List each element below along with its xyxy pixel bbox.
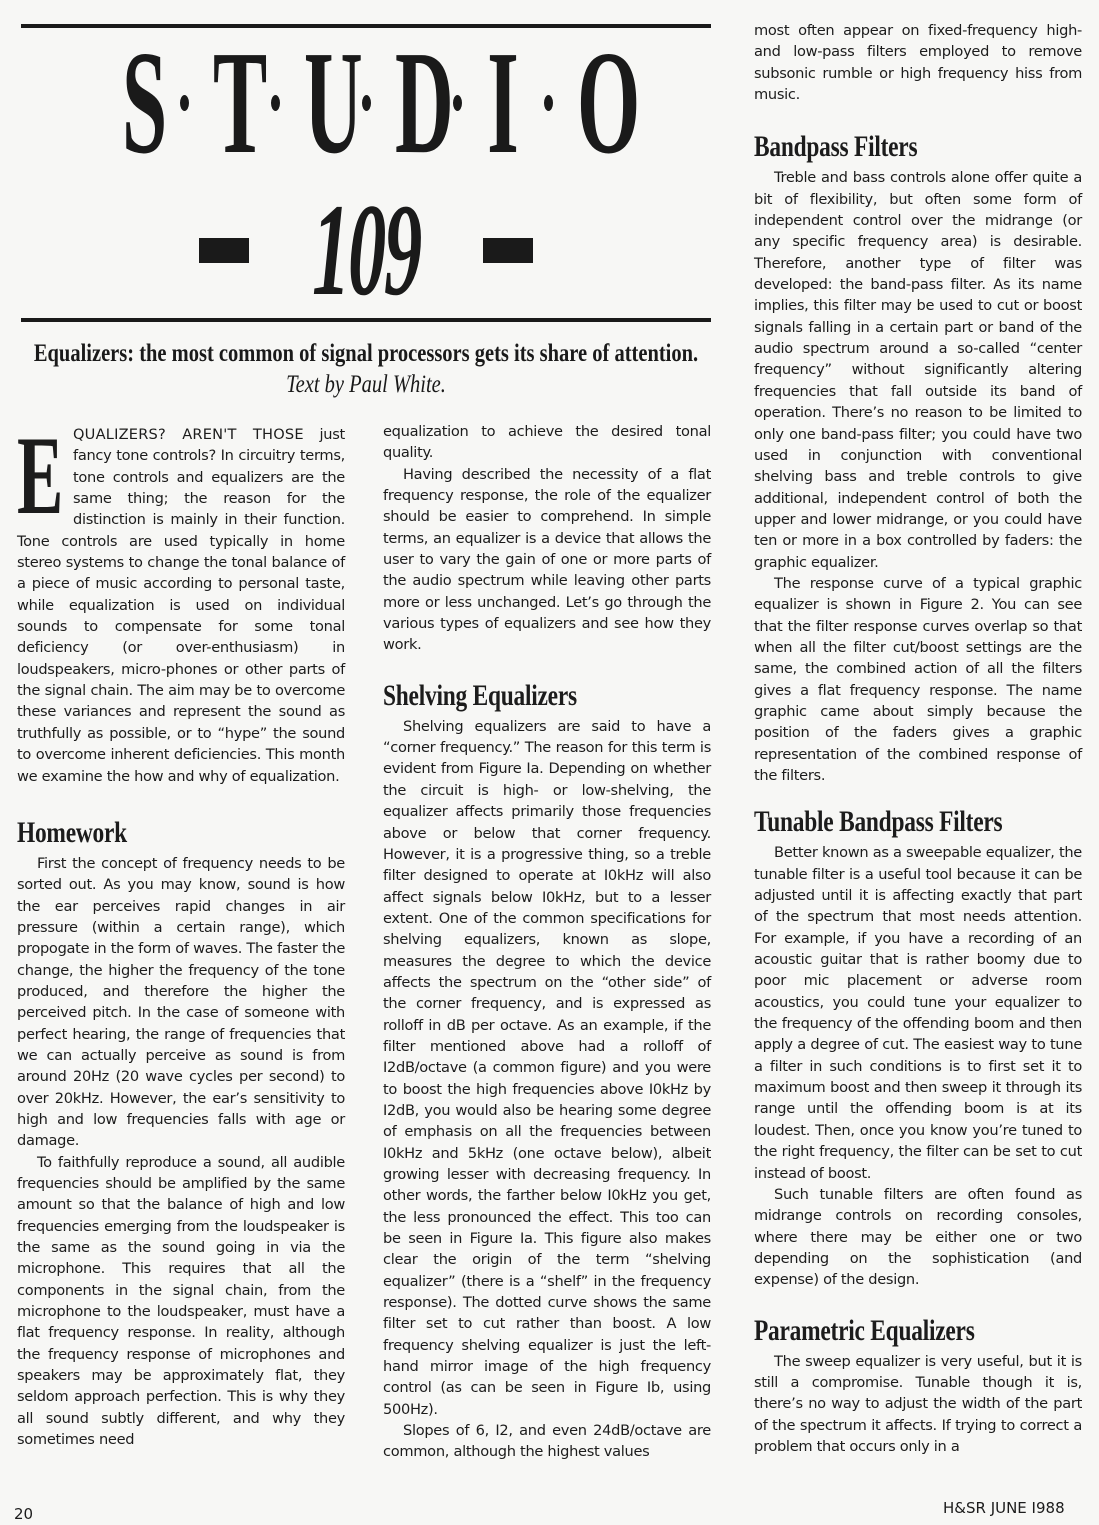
dash-bar-icon [483,238,533,263]
issue-number: 109 [312,184,420,316]
separator-dot-icon [180,95,189,111]
column-1: EQUALIZERS? AREN'T THOSE just fancy tone… [17,424,345,1450]
paragraph: equalization to achieve the desired tona… [383,421,711,464]
masthead-letter: U [303,29,337,177]
column-2: equalization to achieve the desired tona… [383,421,711,1463]
paragraph: Shelving equalizers are said to have a “… [383,716,711,1420]
separator-dot-icon [362,95,371,111]
heading-bandpass-filters: Bandpass Filters [754,127,1010,167]
paragraph: Better known as a sweepable equalizer, t… [754,842,1082,1184]
byline: Text by Paul White. [286,371,446,398]
issue-number-block: 109 [21,190,711,310]
heading-shelving-equalizers: Shelving Equalizers [383,676,639,716]
paragraph: most often appear on fixed-frequency hig… [754,20,1082,105]
masthead-letter: I [485,29,519,177]
masthead-letter: D [394,29,428,177]
bottom-rule [21,318,711,322]
lead-caps: QUALIZERS? AREN'T THOSE [73,426,304,443]
article-deck: Equalizers: the most common of signal pr… [21,338,711,400]
heading-homework: Homework [17,813,273,853]
paragraph: Having described the necessity of a flat… [383,464,711,656]
separator-dot-icon [544,95,553,111]
paragraph: First the concept of frequency needs to … [17,853,345,1152]
paragraph: The response curve of a typical graphic … [754,573,1082,786]
intro-text: just fancy tone controls? In circuitry t… [17,426,345,785]
issue-line: H&SR JUNE I988 [943,1499,1065,1517]
drop-cap: E [17,430,47,530]
heading-parametric-equalizers: Parametric Equalizers [754,1311,1010,1351]
masthead-letter: S [121,29,155,177]
paragraph: Treble and bass controls alone offer qui… [754,167,1082,573]
paragraph: Such tunable filters are often found as … [754,1184,1082,1291]
page-number: 20 [14,1505,33,1523]
heading-tunable-bandpass-filters: Tunable Bandpass Filters [754,802,1010,842]
masthead-letter: T [212,29,246,177]
masthead-letter: O [576,29,610,177]
separator-dot-icon [453,95,462,111]
paragraph: The sweep equalizer is very useful, but … [754,1351,1082,1458]
masthead-studio: S T U D I O [21,38,711,168]
column-3: most often appear on fixed-frequency hig… [754,20,1082,1457]
deck-headline: Equalizers: the most common of signal pr… [34,340,698,367]
dash-bar-icon [199,238,249,263]
paragraph: Slopes of 6, I2, and even 24dB/octave ar… [383,1420,711,1463]
separator-dot-icon [271,95,280,111]
paragraph: To faithfully reproduce a sound, all aud… [17,1152,345,1451]
intro-paragraph: EQUALIZERS? AREN'T THOSE just fancy tone… [17,424,345,787]
